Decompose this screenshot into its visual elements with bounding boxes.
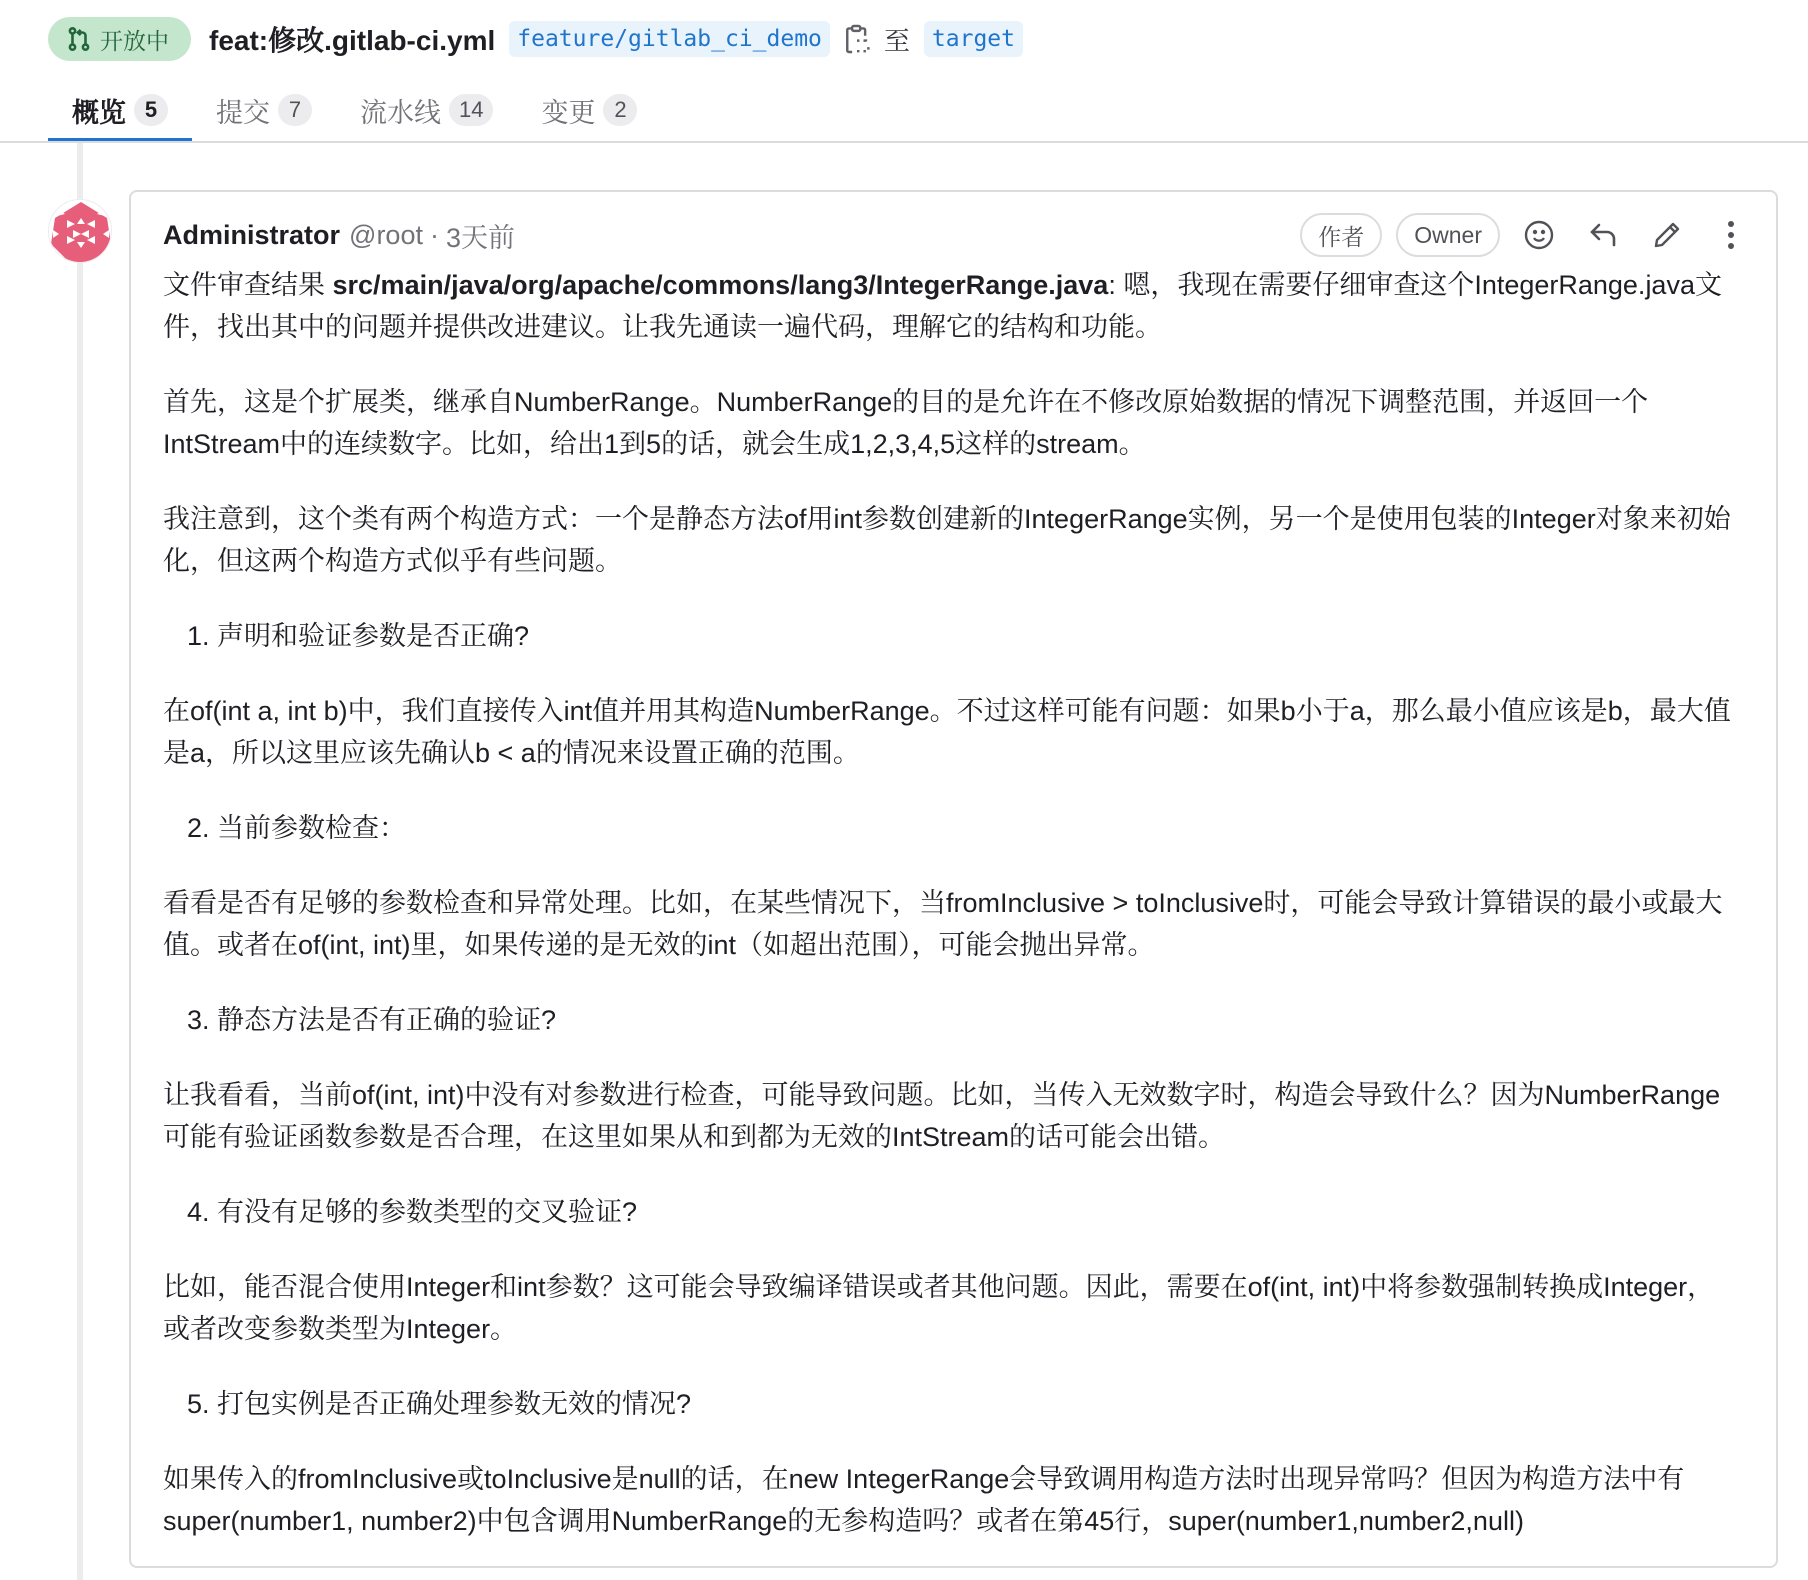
meta-separator: ·	[430, 220, 439, 251]
comment-actions: 作者 Owner	[1300, 213, 1756, 257]
reply-button[interactable]	[1578, 213, 1628, 257]
reply-icon	[1587, 219, 1619, 251]
author-name[interactable]: Administrator	[163, 220, 340, 251]
list-item-heading: 5. 打包实例是否正确处理参数无效的情况?	[163, 1383, 1736, 1425]
reviewed-file-path: src/main/java/org/apache/commons/lang3/I…	[333, 270, 1109, 300]
tab-overview[interactable]: 概览 5	[48, 78, 192, 142]
merge-request-header: 开放中 feat:修改.gitlab-ci.yml feature/gitlab…	[48, 16, 1023, 62]
tab-count: 14	[449, 94, 493, 126]
copy-branch-icon[interactable]	[844, 24, 870, 54]
timeline-line	[77, 143, 83, 1580]
tab-count: 5	[134, 94, 168, 126]
tab-commits[interactable]: 提交 7	[192, 78, 336, 142]
tab-count: 7	[278, 94, 312, 126]
comment-paragraph: 在of(int a, int b)中，我们直接传入int值并用其构造Number…	[163, 690, 1736, 774]
comment-paragraph: 让我看看，当前of(int, int)中没有对参数进行检查，可能导致问题。比如，…	[163, 1074, 1736, 1158]
avatar[interactable]	[48, 199, 112, 263]
author-handle[interactable]: @root	[349, 220, 423, 251]
merge-request-tabs: 概览 5 提交 7 流水线 14 变更 2	[48, 78, 661, 142]
status-label: 开放中	[100, 23, 169, 56]
comment-intro: 文件审查结果 src/main/java/org/apache/commons/…	[163, 264, 1736, 348]
comment-body: 文件审查结果 src/main/java/org/apache/commons/…	[163, 264, 1736, 1575]
tab-label: 概览	[72, 91, 126, 130]
more-actions-icon	[1715, 219, 1747, 251]
tab-changes[interactable]: 变更 2	[517, 78, 661, 142]
author-badge: 作者	[1300, 213, 1382, 257]
list-item-heading: 1. 声明和验证参数是否正确?	[163, 615, 1736, 657]
more-actions-button[interactable]	[1706, 213, 1756, 257]
comment-timestamp[interactable]: 3天前	[446, 216, 515, 255]
target-branch-link[interactable]: target	[924, 21, 1023, 57]
comment-paragraph: 首先，这是个扩展类，继承自NumberRange。NumberRange的目的是…	[163, 381, 1736, 465]
edit-comment-button[interactable]	[1642, 213, 1692, 257]
comment-paragraph: 看看是否有足够的参数检查和异常处理。比如，在某些情况下，当fromInclusi…	[163, 882, 1736, 966]
to-label: 至	[884, 21, 910, 58]
comment-card: Administrator @root · 3天前 作者 Owner	[129, 190, 1778, 1568]
tab-label: 提交	[216, 91, 270, 130]
comment-paragraph: 我注意到，这个类有两个构造方式：一个是静态方法of用int参数创建新的Integ…	[163, 498, 1736, 582]
add-reaction-icon	[1523, 219, 1555, 251]
edit-icon	[1651, 219, 1683, 251]
comment-paragraph: 如果传入的fromInclusive或toInclusive是null的话，在n…	[163, 1458, 1736, 1542]
tab-label: 变更	[541, 91, 595, 130]
list-item-heading: 3. 静态方法是否有正确的验证?	[163, 999, 1736, 1041]
owner-badge: Owner	[1396, 213, 1500, 257]
list-item-heading: 4. 有没有足够的参数类型的交叉验证?	[163, 1191, 1736, 1233]
list-item-heading: 2. 当前参数检查：	[163, 807, 1736, 849]
comment-paragraph: 比如，能否混合使用Integer和int参数？这可能会导致编译错误或者其他问题。…	[163, 1266, 1736, 1350]
tab-label: 流水线	[360, 91, 441, 130]
page-title: feat:修改.gitlab-ci.yml	[209, 19, 495, 59]
tab-pipelines[interactable]: 流水线 14	[336, 78, 517, 142]
comment-header: Administrator @root · 3天前 作者 Owner	[163, 212, 1756, 258]
source-branch-link[interactable]: feature/gitlab_ci_demo	[509, 21, 830, 57]
intro-prefix: 文件审查结果	[163, 270, 333, 300]
status-badge: 开放中	[48, 17, 191, 61]
add-reaction-button[interactable]	[1514, 213, 1564, 257]
merge-request-open-icon	[66, 26, 92, 52]
identicon-avatar-icon	[49, 200, 112, 263]
tab-count: 2	[603, 94, 637, 126]
tabs-divider	[0, 141, 1808, 143]
